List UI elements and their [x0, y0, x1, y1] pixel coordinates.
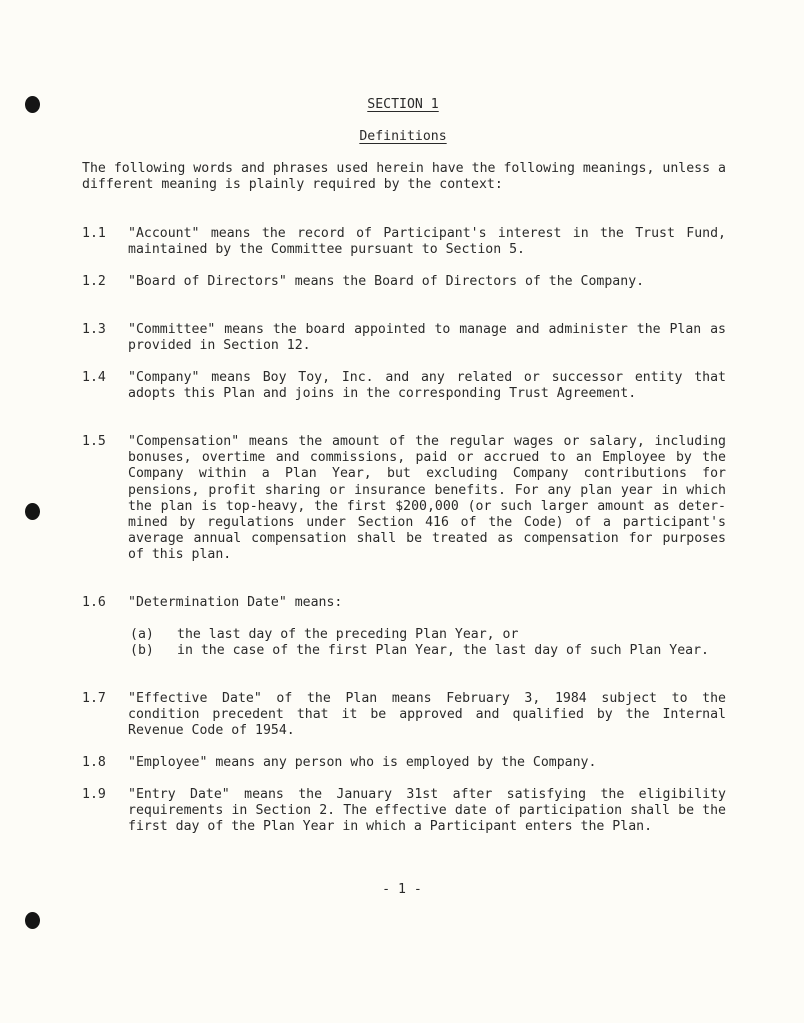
definition-number: 1.7: [82, 691, 106, 707]
definition-1-3: 1.3 "Committee" means the board appointe…: [82, 322, 726, 354]
definition-number: 1.9: [82, 787, 106, 803]
subitem-text: the last day of the preceding Plan Year,…: [177, 627, 726, 643]
definition-text: "Company" means Boy Toy, Inc. and any re…: [128, 370, 726, 402]
definition-text: "Committee" means the board appointed to…: [128, 322, 726, 354]
punch-hole: [25, 503, 40, 520]
punch-hole: [25, 912, 40, 929]
subitem-a: (a) the last day of the preceding Plan Y…: [130, 627, 726, 643]
definition-text: "Account" means the record of Participan…: [128, 226, 726, 258]
definition-1-8: 1.8 "Employee" means any person who is e…: [82, 755, 726, 771]
subitem-b: (b) in the case of the first Plan Year, …: [130, 643, 726, 659]
subitem-label: (a): [130, 627, 154, 643]
subitem-text: in the case of the first Plan Year, the …: [177, 643, 726, 659]
definition-number: 1.4: [82, 370, 106, 386]
document-page: SECTION 1 Definitions The following word…: [0, 0, 804, 1023]
section-title: SECTION 1: [1, 97, 804, 113]
definition-number: 1.8: [82, 755, 106, 771]
definition-text: "Board of Directors" means the Board of …: [128, 274, 726, 290]
definition-text: "Effective Date" of the Plan means Febru…: [128, 691, 726, 740]
definition-1-6: 1.6 "Determination Date" means:: [82, 595, 726, 611]
definition-1-5: 1.5 "Compensation" means the amount of t…: [82, 434, 726, 564]
definition-number: 1.2: [82, 274, 106, 290]
section-subtitle: Definitions: [1, 129, 804, 145]
page-number: - 1 -: [0, 882, 804, 897]
definition-number: 1.3: [82, 322, 106, 338]
intro-paragraph: The following words and phrases used her…: [82, 161, 726, 193]
subitem-label: (b): [130, 643, 154, 659]
definition-number: 1.5: [82, 434, 106, 450]
definition-1-9: 1.9 "Entry Date" means the January 31st …: [82, 787, 726, 836]
definition-1-4: 1.4 "Company" means Boy Toy, Inc. and an…: [82, 370, 726, 402]
definition-number: 1.6: [82, 595, 106, 611]
definition-1-2: 1.2 "Board of Directors" means the Board…: [82, 274, 726, 290]
definition-text: "Entry Date" means the January 31st afte…: [128, 787, 726, 836]
definition-text: "Employee" means any person who is emplo…: [128, 755, 726, 771]
definition-1-1: 1.1 "Account" means the record of Partic…: [82, 226, 726, 258]
definition-text: "Compensation" means the amount of the r…: [128, 434, 726, 564]
definition-1-7: 1.7 "Effective Date" of the Plan means F…: [82, 691, 726, 740]
definition-number: 1.1: [82, 226, 106, 242]
definition-text: "Determination Date" means:: [128, 595, 726, 611]
